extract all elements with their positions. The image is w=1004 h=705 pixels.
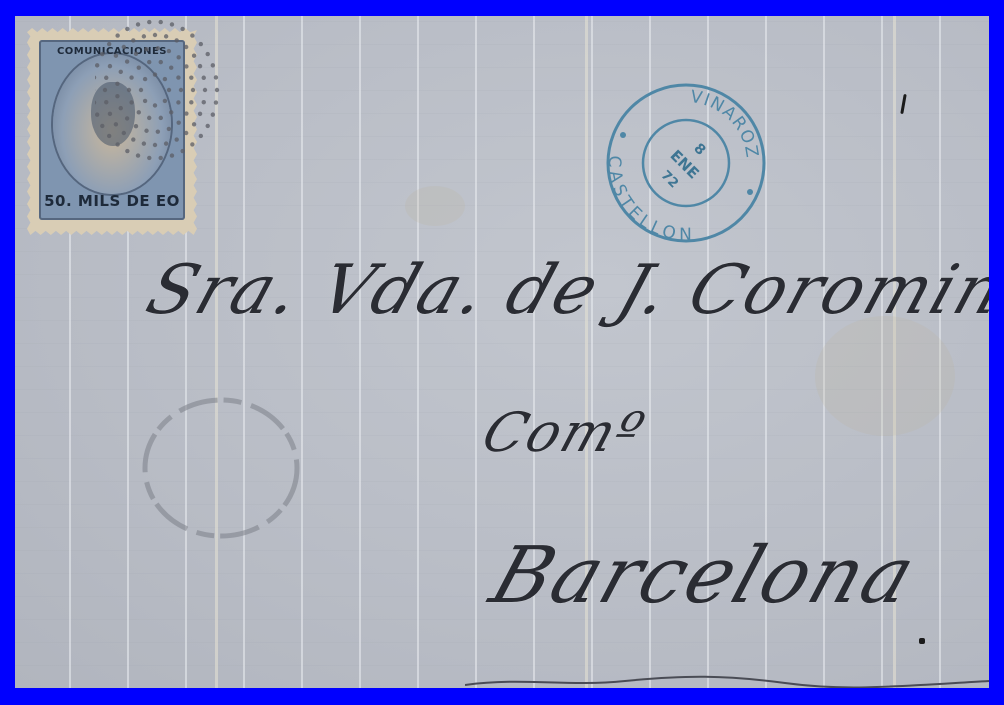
paper-stain — [405, 186, 465, 226]
underline-flourish — [465, 671, 989, 688]
postmark-year: 72 — [658, 168, 681, 191]
address-line-3: Barcelona — [480, 531, 927, 621]
stamp-value-text: 50. MILS DE EO — [39, 192, 185, 210]
paper-stain — [815, 316, 955, 436]
stamp-portrait-oval — [53, 54, 171, 194]
postmark-day: 8 — [690, 140, 708, 158]
stamp-design: COMUNICACIONES 50. MILS DE EO — [39, 40, 185, 220]
stamp-top-text: COMUNICACIONES — [39, 46, 185, 57]
faint-circle-mark — [133, 388, 309, 548]
postage-stamp: COMUNICACIONES 50. MILS DE EO — [27, 28, 197, 235]
letter-paper: COMUNICACIONES 50. MILS DE EO VINAROZ CA… — [15, 16, 989, 688]
fold-line — [215, 16, 218, 688]
portrait-head — [91, 82, 135, 146]
address-line-2: Comº — [475, 401, 654, 464]
address-line-1: Sra. Vda. de J. Coromina — [137, 251, 989, 330]
vinaroz-postmark: VINAROZ CASTELLON 8 ENE 72 — [603, 80, 769, 246]
ink-mark — [900, 94, 906, 114]
ink-mark — [919, 638, 925, 644]
